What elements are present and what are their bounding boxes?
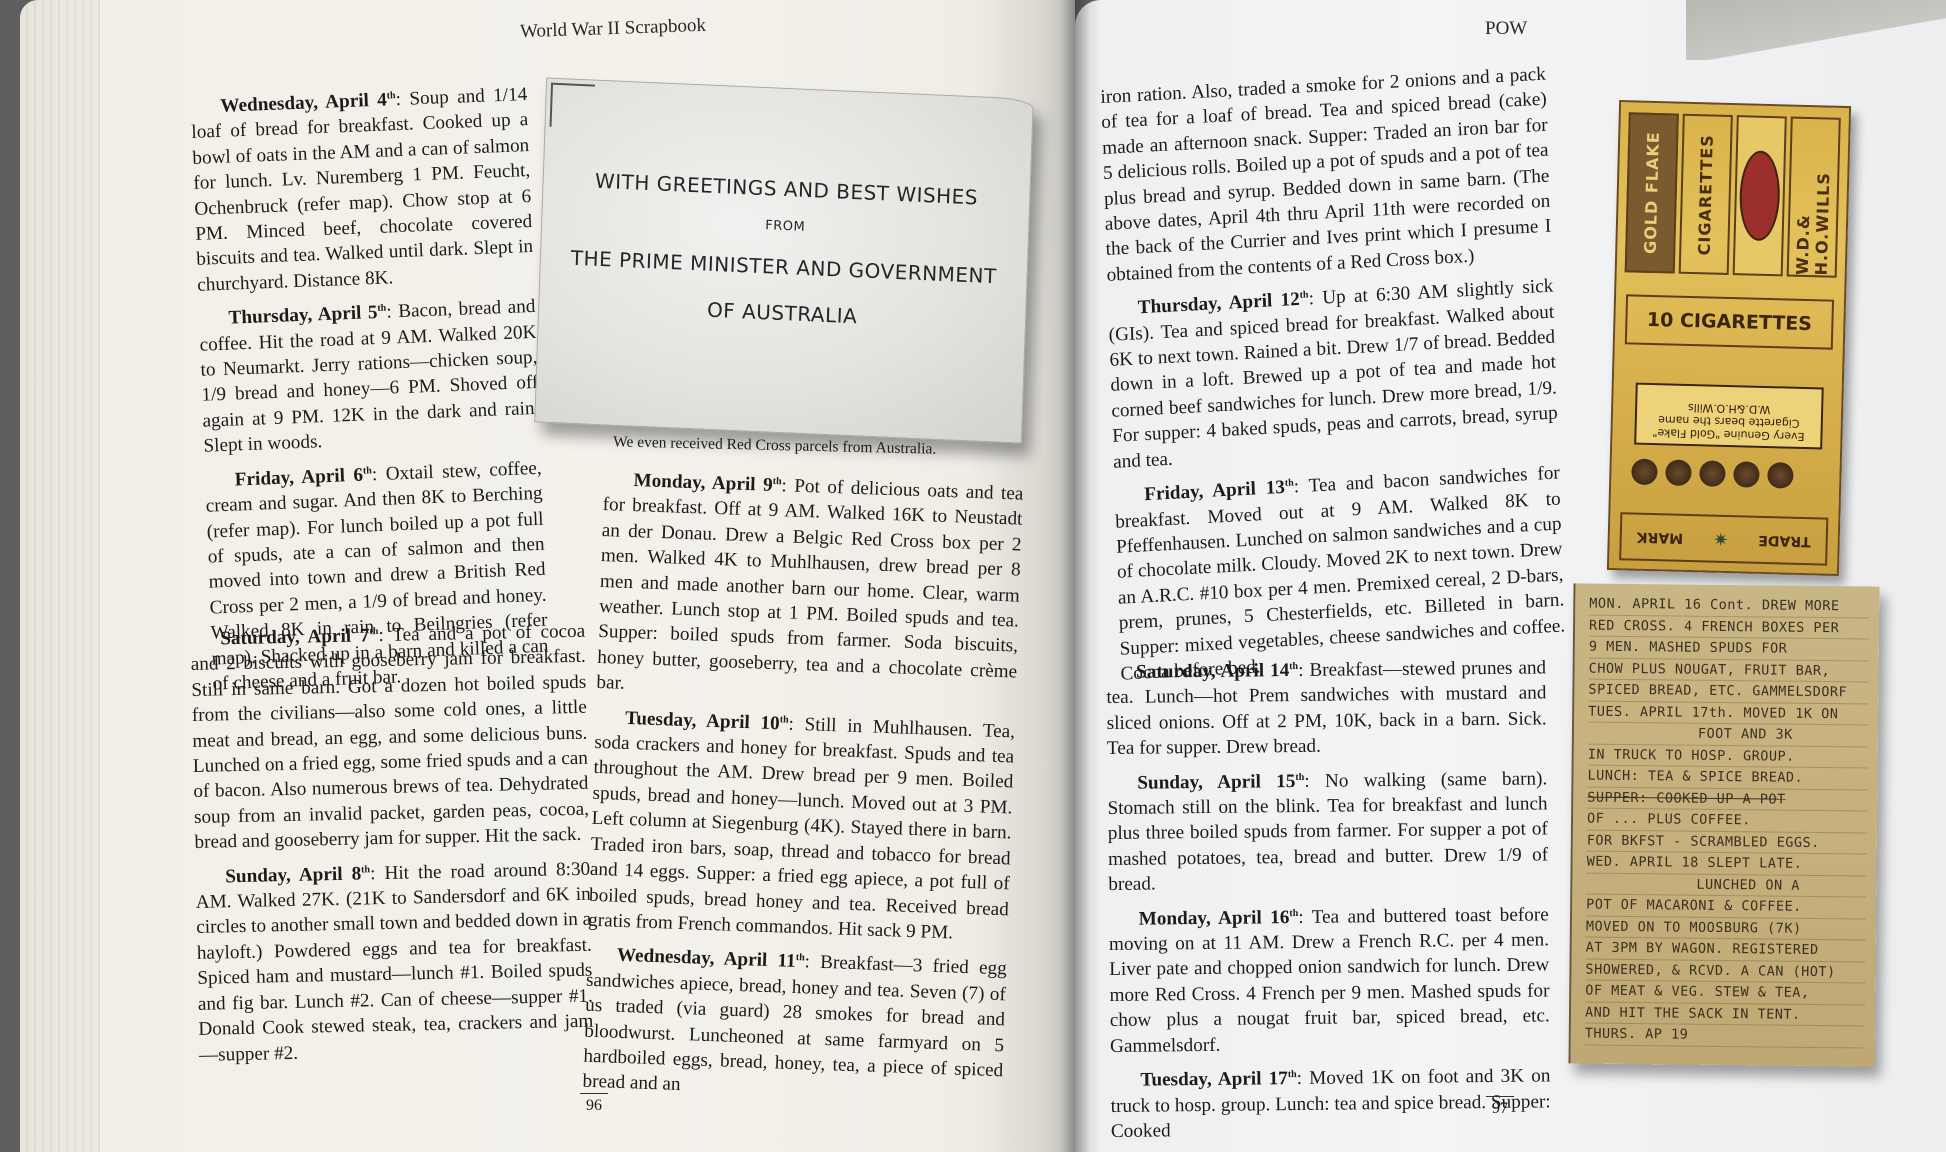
mark-text: MARK: [1637, 529, 1684, 546]
running-head-right: POW: [1485, 18, 1527, 40]
note-line: SPICED BREAD, ETC. GAMMELSDORF: [1588, 680, 1868, 704]
entry-date: Saturday, April 7: [220, 625, 370, 649]
pack-top-panel: GOLD FLAKE CIGARETTES W.D.& H.O.WILLS: [1625, 112, 1841, 277]
page-edges: [20, 0, 100, 1152]
note-line: SHOWERED, & RCVD. A CAN (HOT): [1585, 959, 1865, 983]
note-line: OF ... PLUS COFFEE.: [1587, 809, 1867, 833]
entry-date: Monday, April 9: [633, 470, 773, 496]
pack-emblem: [1733, 115, 1787, 276]
entry-date: Sunday, April 15: [1137, 771, 1295, 794]
entry-date: Friday, April 13: [1144, 477, 1285, 505]
pack-brand: GOLD FLAKE: [1625, 112, 1679, 273]
page-number-right: 97: [1492, 1100, 1508, 1118]
book-gutter: [1060, 0, 1090, 1152]
diary-entry: Tuesday, April 10th: Still in Muhlhausen…: [588, 705, 1016, 948]
left-column-right: Monday, April 9th: Pot of delicious oats…: [582, 467, 1024, 1118]
entry-date: Wednesday, April 4: [220, 89, 387, 116]
pack-count: 10 CIGARETTES: [1625, 294, 1834, 349]
entry-text: : Still in Muhlhausen. Tea, soda cracker…: [588, 713, 1016, 943]
note-line: THURS. AP 19: [1585, 1024, 1865, 1048]
left-column-top: Wednesday, April 4th: Soup and 1/14 loaf…: [190, 82, 550, 706]
medal-icon: [1665, 459, 1692, 486]
medal-icon: [1631, 458, 1658, 485]
note-line: WED. APRIL 18 SLEPT LATE.: [1586, 852, 1866, 876]
diary-entry: Tuesday, April 17th: Moved 1K on foot an…: [1110, 1063, 1551, 1144]
entry-text: iron ration. Also, traded a smoke for 2 …: [1100, 64, 1551, 286]
greeting-card-photo: WITH GREETINGS AND BEST WISHES FROM THE …: [534, 77, 1034, 443]
diary-entry: Saturday, April 14th: Breakfast—stewed p…: [1106, 655, 1547, 761]
diary-entry: Sunday, April 8th: Hit the road around 8…: [195, 856, 594, 1067]
note-line: MON. APRIL 16 Cont. DREW MORE: [1589, 594, 1869, 618]
medal-icon: [1767, 462, 1794, 489]
entry-text: : Tea and a pot of cocoa and 2 biscuits …: [191, 621, 590, 853]
note-line: LUNCHED ON A: [1586, 873, 1866, 897]
page-number-left: 96: [586, 1097, 602, 1115]
card-sender: THE PRIME MINISTER AND GOVERNMENT: [541, 244, 1027, 289]
diary-entry: Monday, April 16th: Tea and buttered toa…: [1109, 902, 1551, 1059]
left-column-bottom: Saturday, April 7th: Tea and a pot of co…: [190, 619, 594, 1077]
card-from: FROM: [542, 208, 1028, 244]
note-line: AND HIT THE SACK IN TENT.: [1585, 1002, 1865, 1026]
note-line: RED CROSS. 4 FRENCH BOXES PER: [1589, 615, 1869, 639]
note-line: CHOW PLUS NOUGAT, FRUIT BAR,: [1589, 658, 1869, 682]
note-line: SUPPER: COOKED UP A POT: [1587, 787, 1867, 811]
entry-date: Monday, April 16: [1139, 907, 1290, 930]
pack-label: Every Genuine "Gold Flake" Cigarette bea…: [1634, 383, 1824, 450]
diary-entry: Wednesday, April 4th: Soup and 1/14 loaf…: [190, 82, 535, 298]
note-line: TUES. APRIL 17th. MOVED 1K ON: [1588, 701, 1868, 725]
entry-date: Thursday, April 12: [1137, 289, 1300, 318]
entry-text: : Pot of delicious oats and tea for brea…: [596, 475, 1024, 694]
medal-icon: [1733, 461, 1760, 488]
note-line: POT OF MACARONI & COFFEE.: [1586, 895, 1866, 919]
diary-entry: Thursday, April 5th: Bacon, bread and co…: [198, 294, 541, 459]
diary-entry-continued: iron ration. Also, traded a smoke for 2 …: [1100, 62, 1552, 288]
entry-date: Tuesday, April 17: [1140, 1068, 1288, 1091]
note-line: OF MEAT & VEG. STEW & TEA,: [1585, 981, 1865, 1005]
pack-maker: W.D.& H.O.WILLS: [1787, 117, 1841, 278]
oval-emblem-icon: [1739, 150, 1781, 241]
cigarette-pack-photo: GOLD FLAKE CIGARETTES W.D.& H.O.WILLS 10…: [1607, 100, 1851, 576]
right-column-top: iron ration. Also, traded a smoke for 2 …: [1100, 62, 1567, 696]
entry-date: Saturday, April 14: [1136, 660, 1289, 683]
diary-entry: Saturday, April 7th: Tea and a pot of co…: [190, 619, 590, 856]
note-line: MOVED ON TO MOOSBURG (7K): [1586, 916, 1866, 940]
card-corner-ornament: [550, 83, 595, 129]
note-line: IN TRUCK TO HOSP. GROUP.: [1588, 744, 1868, 768]
diary-entry: Wednesday, April 11th: Breakfast—3 fried…: [582, 942, 1007, 1109]
medal-icon: [1699, 460, 1726, 487]
diary-entry: Sunday, April 15th: No walking (same bar…: [1107, 766, 1548, 898]
entry-text: : Breakfast—3 fried egg sandwiches apiec…: [582, 952, 1007, 1096]
right-column-bottom: Saturday, April 14th: Breakfast—stewed p…: [1106, 655, 1551, 1152]
note-line: 9 MEN. MASHED SPUDS FOR: [1589, 637, 1869, 661]
entry-date: Thursday, April 5: [228, 302, 378, 329]
entry-date: Tuesday, April 10: [625, 708, 780, 734]
entry-text: : Hit the road around 8:30 AM. Walked 27…: [196, 858, 594, 1065]
pack-trade-mark: TRADE ✷ MARK: [1619, 512, 1828, 565]
handwritten-note-photo: MON. APRIL 16 Cont. DREW MORE RED CROSS.…: [1568, 583, 1879, 1066]
card-country: OF AUSTRALIA: [539, 290, 1025, 335]
card-greeting: WITH GREETINGS AND BEST WISHES: [543, 166, 1029, 211]
note-line: FOOT AND 3K: [1588, 723, 1868, 747]
prize-medals: [1631, 458, 1794, 488]
background-corner: [1686, 0, 1946, 60]
diary-entry: Friday, April 13th: Tea and bacon sandwi…: [1114, 461, 1566, 687]
diary-entry: Monday, April 9th: Pot of delicious oats…: [596, 467, 1024, 710]
diary-entry: Thursday, April 12th: Up at 6:30 AM slig…: [1107, 274, 1559, 475]
entry-date: Wednesday, April 11: [617, 945, 796, 972]
note-line: LUNCH: TEA & SPICE BREAD.: [1587, 766, 1867, 790]
entry-date: Friday, April 6: [234, 464, 363, 490]
note-line: FOR BKFST - SCRAMBLED EGGS.: [1587, 830, 1867, 854]
pack-type: CIGARETTES: [1679, 114, 1733, 275]
star-icon: ✷: [1713, 528, 1729, 549]
note-line: AT 3PM BY WAGON. REGISTERED: [1586, 938, 1866, 962]
entry-date: Sunday, April 8: [225, 863, 361, 887]
open-book: World War II Scrapbook POW Wednesday, Ap…: [0, 0, 1946, 1152]
trade-text: TRADE: [1758, 532, 1811, 549]
